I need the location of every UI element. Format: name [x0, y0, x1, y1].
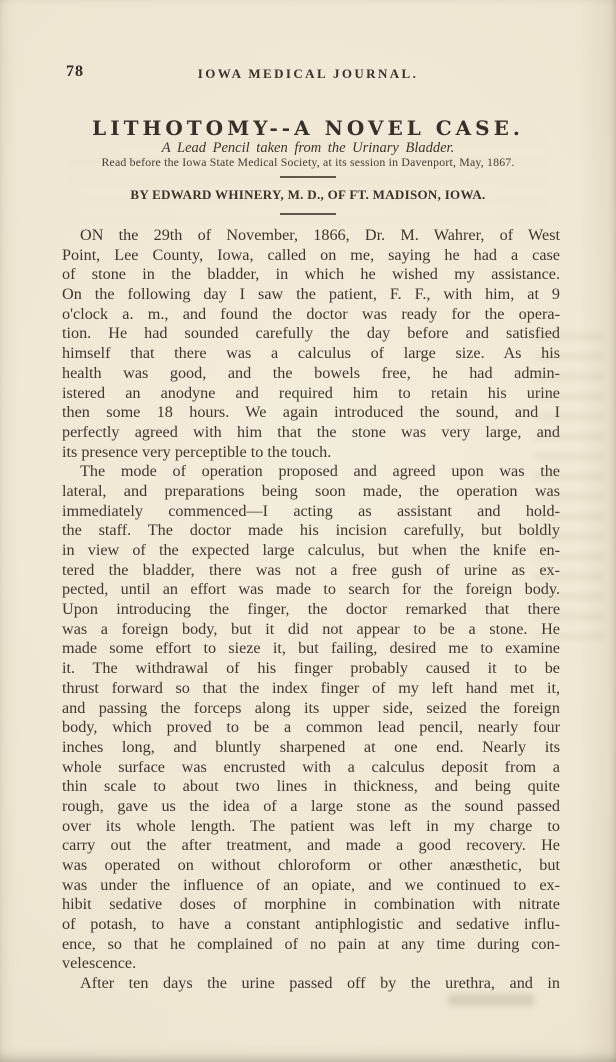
text-line: The mode of operation proposed and agree… — [62, 462, 560, 482]
text-line: of potash, to have a constant antiphlogi… — [62, 915, 560, 935]
text-line: inches long, and bluntly sharpened at on… — [62, 738, 560, 758]
text-line: rough, gave us the idea of a large stone… — [62, 797, 560, 817]
paragraph: The mode of operation proposed and agree… — [62, 462, 560, 974]
paragraph: ON the 29th of November, 1866, Dr. M. Wa… — [62, 226, 560, 462]
text-line: made some effort to sieze it, but failin… — [62, 639, 560, 659]
text-line: was operated on without chloroform or ot… — [62, 856, 560, 876]
text-line: Upon introducing the finger, the doctor … — [62, 600, 560, 620]
text-line: whole surface was encrusted with a calcu… — [62, 758, 560, 778]
text-line: carry out the after treatment, and made … — [62, 836, 560, 856]
text-line: ON the 29th of November, 1866, Dr. M. Wa… — [62, 226, 560, 246]
text-line: over its whole length. The patient was l… — [62, 817, 560, 837]
text-line: its presence very perceptible to the tou… — [62, 443, 560, 463]
journal-page: 78 IOWA MEDICAL JOURNAL. LITHOTOMY--A NO… — [0, 0, 616, 1062]
article-title: LITHOTOMY--A NOVEL CASE. — [0, 116, 616, 140]
running-header: IOWA MEDICAL JOURNAL. — [0, 66, 616, 82]
text-line: health was good, and the bowels free, he… — [62, 364, 560, 384]
text-line: pected, until an effort was made to sear… — [62, 580, 560, 600]
article-body: ON the 29th of November, 1866, Dr. M. Wa… — [62, 226, 560, 994]
text-line: thin scale to about two lines in thickne… — [62, 777, 560, 797]
paragraph: After ten days the urine passed off by t… — [62, 974, 560, 994]
ink-bleed-through — [448, 994, 534, 1006]
text-line: tered the bladder, there was not a free … — [62, 561, 560, 581]
text-line: hibit sedative doses of morphine in comb… — [62, 895, 560, 915]
text-line: After ten days the urine passed off by t… — [62, 974, 560, 994]
text-line: himself that there was a calculus of lar… — [62, 344, 560, 364]
article-byline: BY EDWARD WHINERY, M. D., OF FT. MADISON… — [0, 187, 616, 203]
text-line: ence, so that he complained of no pain a… — [62, 935, 560, 955]
text-line: of stone in the bladder, in which he wis… — [62, 265, 560, 285]
text-line: perfectly agreed with him that the stone… — [62, 423, 560, 443]
text-line: in view of the expected large calculus, … — [62, 541, 560, 561]
text-line: then some 18 hours. We again introduced … — [62, 403, 560, 423]
text-line: was a foreign body, but it did not appea… — [62, 620, 560, 640]
text-line: the staff. The doctor made his incision … — [62, 521, 560, 541]
text-line: velescence. — [62, 954, 560, 974]
text-line: lateral, and preparations being soon mad… — [62, 482, 560, 502]
divider-rule — [280, 176, 336, 178]
text-line: body, which proved to be a common lead p… — [62, 718, 560, 738]
text-line: immediately commenced—I acting as assist… — [62, 502, 560, 522]
text-line: thrust forward so that the index finger … — [62, 679, 560, 699]
text-line: On the following day I saw the patient, … — [62, 285, 560, 305]
text-line: it. The withdrawal of his finger probabl… — [62, 659, 560, 679]
text-line: and passing the forceps along its upper … — [62, 699, 560, 719]
text-line: istered an anodyne and required him to r… — [62, 384, 560, 404]
divider-rule — [280, 213, 336, 215]
presentation-note: Read before the Iowa State Medical Socie… — [0, 155, 616, 170]
text-line: Point, Lee County, Iowa, called on me, s… — [62, 246, 560, 266]
text-line: tion. He had sounded carefully the day b… — [62, 324, 560, 344]
text-line: o'clock a. m., and found the doctor was … — [62, 305, 560, 325]
text-line: was under the influence of an opiate, an… — [62, 876, 560, 896]
